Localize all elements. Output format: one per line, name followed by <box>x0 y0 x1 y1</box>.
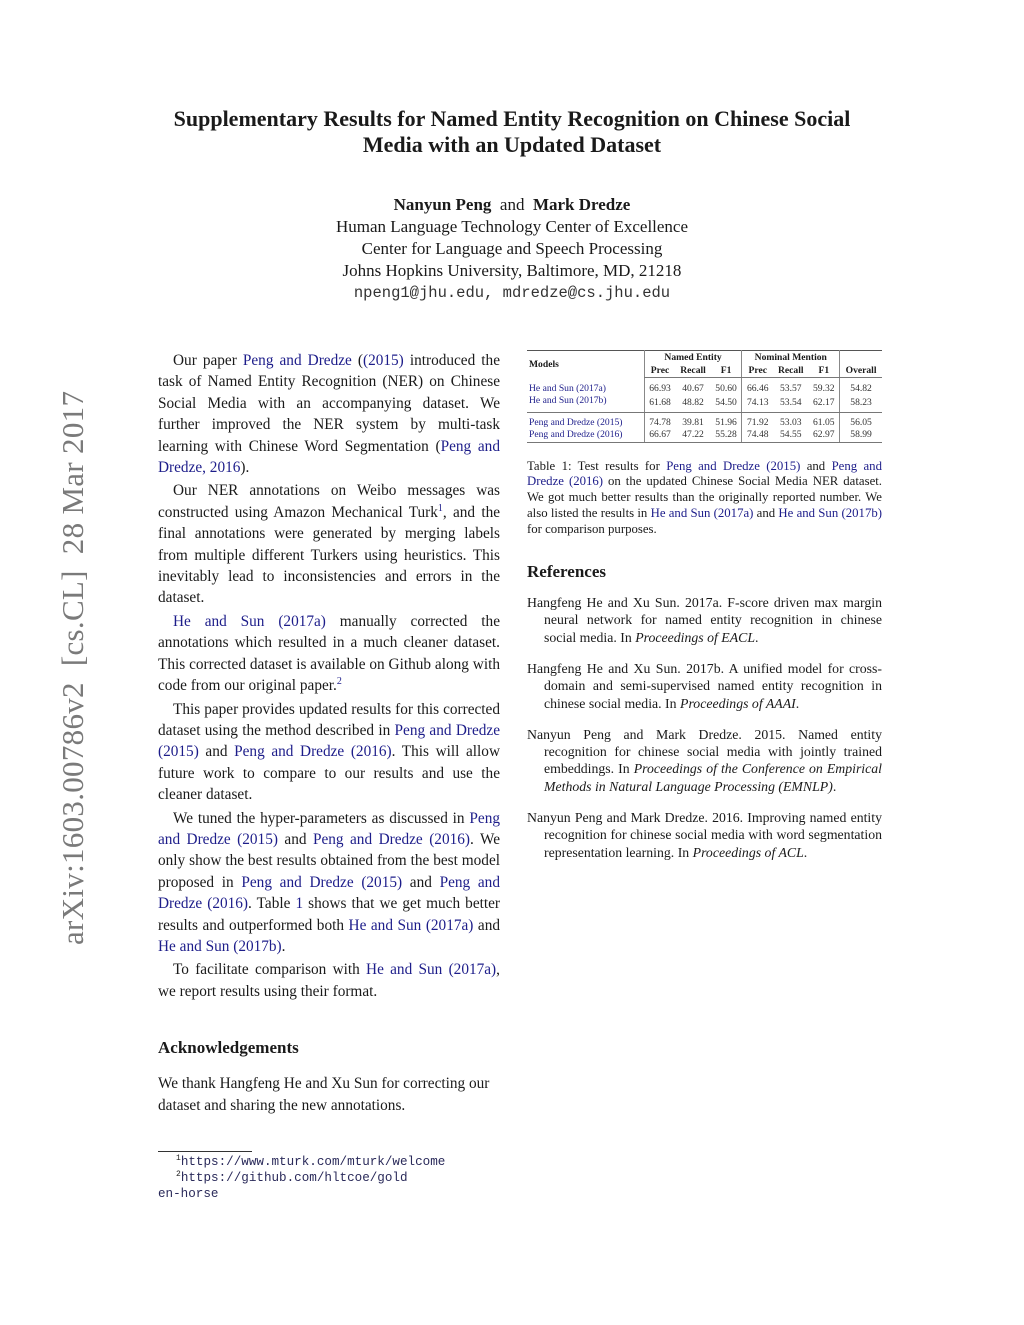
citation-year-link[interactable]: (2016) <box>429 831 470 848</box>
paragraph: To facilitate comparison with He and Sun… <box>158 959 500 1002</box>
cell: 55.28 <box>711 429 742 442</box>
citation-year-link[interactable]: (2015) <box>363 352 404 369</box>
col-header-blank <box>840 351 882 365</box>
citation-link[interactable]: Peng and Dredze <box>313 831 423 848</box>
text: ). <box>240 459 249 476</box>
citation-year-link[interactable]: (2015) <box>158 743 199 760</box>
citation-year-link[interactable]: (2017a) <box>449 961 497 978</box>
citation-year-link[interactable]: (2017b) <box>841 506 882 520</box>
model-name-link[interactable]: Peng and Dredze (2015) <box>527 412 644 429</box>
col-header-prec: Prec <box>742 364 773 378</box>
table-row: Peng and Dredze (2016) 66.67 47.22 55.28… <box>527 429 882 442</box>
author-name: Mark Dredze <box>533 195 630 214</box>
footnote-divider <box>158 1151 252 1152</box>
cell: 74.13 <box>742 395 773 412</box>
footnote-ref-link[interactable]: 2 <box>337 676 342 687</box>
citation-year-link[interactable]: (2015) <box>361 874 402 891</box>
text: Table 1: Test results for <box>527 459 666 473</box>
citation-link[interactable]: Peng and Dredze (2015) <box>666 459 800 473</box>
col-header-recall: Recall <box>675 364 710 378</box>
citation-link[interactable]: He and Sun <box>366 961 442 978</box>
table-ref-link[interactable]: 1 <box>295 895 303 912</box>
reference-entry: Nanyun Peng and Mark Dredze. 2016. Impro… <box>527 809 882 861</box>
cell: 61.05 <box>808 412 839 429</box>
cell: 54.55 <box>773 429 808 442</box>
paragraph: This paper provides updated results for … <box>158 699 500 806</box>
reference-entry: Hangfeng He and Xu Sun. 2017a. F-score d… <box>527 594 882 646</box>
author-conjunction: and <box>500 195 525 214</box>
cell: 53.54 <box>773 395 808 412</box>
paragraph: Our NER annotations on Weibo messages wa… <box>158 480 500 608</box>
citation-link[interactable]: Peng and Dredze <box>234 743 344 760</box>
paper-title: Supplementary Results for Named Entity R… <box>120 106 904 158</box>
citation-link[interactable]: He and Sun <box>349 917 422 934</box>
paragraph: We tuned the hyper-parameters as discuss… <box>158 808 500 958</box>
cell: 74.48 <box>742 429 773 442</box>
footnote: 1https://www.mturk.com/mturk/welcome <box>158 1154 503 1170</box>
cell: 74.78 <box>644 412 675 429</box>
text: for comparison purposes. <box>527 522 657 536</box>
cell: 40.67 <box>675 383 710 396</box>
cell: 51.96 <box>711 412 742 429</box>
venue: Proceedings of ACL <box>693 845 804 860</box>
col-group-named-entity: Named Entity <box>644 351 742 365</box>
author-list: Nanyun Peng and Mark Dredze <box>120 194 904 216</box>
text: and <box>473 917 500 934</box>
table-row: Peng and Dredze (2015) 74.78 39.81 51.96… <box>527 412 882 429</box>
cell: 61.68 <box>644 395 675 412</box>
affiliation: Human Language Technology Center of Exce… <box>120 216 904 238</box>
arxiv-date: 28 Mar 2017 <box>55 391 90 554</box>
footnote-url-link[interactable]: https://github.com/hltcoe/golden-horse <box>158 1171 408 1201</box>
citation-year-link[interactable]: (2016) <box>569 474 603 488</box>
cell: 56.05 <box>840 412 882 429</box>
col-header-overall: Overall <box>840 364 882 378</box>
cell: 54.50 <box>711 395 742 412</box>
citation-link[interactable]: He and Sun <box>778 506 838 520</box>
table-caption: Table 1: Test results for Peng and Dredz… <box>527 459 882 539</box>
model-name-link[interactable]: He and Sun (2017a) <box>527 383 644 396</box>
cell: 54.82 <box>840 383 882 396</box>
table-row: He and Sun (2017b) 61.68 48.82 54.50 74.… <box>527 395 882 412</box>
citation-link[interactable]: Peng and Dredze <box>243 352 352 369</box>
citation-year-link[interactable]: (2017a) <box>426 917 474 934</box>
venue: Proceedings of EACL <box>635 630 755 645</box>
arxiv-identifier-stamp: arXiv:1603.00786v2[cs.CL]28 Mar 2017 <box>55 375 91 945</box>
body-column-right: Models Named Entity Nominal Mention Prec… <box>527 350 882 875</box>
text: . Table <box>248 895 295 912</box>
affiliation: Johns Hopkins University, Baltimore, MD,… <box>120 260 904 282</box>
text: . <box>755 630 758 645</box>
citation-year-link[interactable]: (2017a) <box>278 613 326 630</box>
cell: 62.97 <box>808 429 839 442</box>
citation-link[interactable]: Peng and Dredze <box>395 722 500 739</box>
text: To facilitate comparison with <box>173 961 366 978</box>
cell: 66.93 <box>644 383 675 396</box>
cell: 66.67 <box>644 429 675 442</box>
text: . <box>796 696 799 711</box>
cell: 47.22 <box>675 429 710 442</box>
footnotes: 1https://www.mturk.com/mturk/welcome 2ht… <box>158 1154 503 1202</box>
paragraph: Our paper Peng and Dredze ((2015) introd… <box>158 350 500 478</box>
text: . <box>833 779 836 794</box>
title-line-1: Supplementary Results for Named Entity R… <box>174 106 851 131</box>
citation-link[interactable]: He and Sun <box>158 938 229 955</box>
cell: 53.03 <box>773 412 808 429</box>
text: and <box>753 506 778 520</box>
text: and <box>278 831 313 848</box>
cell: 58.99 <box>840 429 882 442</box>
cell: 66.46 <box>742 383 773 396</box>
arxiv-id: arXiv:1603.00786v2 <box>55 682 90 945</box>
reference-entry: Hangfeng He and Xu Sun. 2017b. A unified… <box>527 660 882 712</box>
col-header-f1: F1 <box>808 364 839 378</box>
col-header-prec: Prec <box>644 364 675 378</box>
paragraph: He and Sun (2017a) manually corrected th… <box>158 611 500 697</box>
citation-year-link[interactable]: (2016) <box>207 895 248 912</box>
col-header-recall: Recall <box>773 364 808 378</box>
paper-header: Supplementary Results for Named Entity R… <box>120 106 904 304</box>
results-table: Models Named Entity Nominal Mention Prec… <box>527 350 882 443</box>
cell: 58.23 <box>840 395 882 412</box>
acknowledgements-text: We thank Hangfeng He and Xu Sun for corr… <box>158 1073 503 1117</box>
citation-link[interactable]: Peng and Dredze <box>241 874 353 891</box>
affiliation: Center for Language and Speech Processin… <box>120 238 904 260</box>
cell: 53.57 <box>773 383 808 396</box>
cell: 39.81 <box>675 412 710 429</box>
table-row: He and Sun (2017a) 66.93 40.67 50.60 66.… <box>527 383 882 396</box>
col-group-nominal-mention: Nominal Mention <box>742 351 840 365</box>
author-name: Nanyun Peng <box>394 195 492 214</box>
citation-year-link[interactable]: (2017b) <box>233 938 281 955</box>
text: . <box>282 938 286 955</box>
cell: 62.17 <box>808 395 839 412</box>
author-emails: npeng1@jhu.edu, mdredze@cs.jhu.edu <box>120 282 904 304</box>
text: Our paper <box>173 352 243 369</box>
cell: 71.92 <box>742 412 773 429</box>
text: We tuned the hyper-parameters as discuss… <box>173 810 469 827</box>
references-heading: References <box>527 562 882 582</box>
body-column-left: Our paper Peng and Dredze ((2015) introd… <box>158 350 500 1002</box>
model-name-link[interactable]: Peng and Dredze (2016) <box>527 429 644 442</box>
reference-entry: Nanyun Peng and Mark Dredze. 2015. Named… <box>527 726 882 795</box>
venue: Proceedings of AAAI <box>680 696 796 711</box>
acknowledgements-heading: Acknowledgements <box>158 1038 299 1058</box>
cell: 50.60 <box>711 383 742 396</box>
citation-link[interactable]: He and Sun (2017a) <box>651 506 754 520</box>
text: and <box>199 743 234 760</box>
footnote-url-link[interactable]: https://www.mturk.com/mturk/welcome <box>181 1155 446 1169</box>
title-line-2: Media with an Updated Dataset <box>363 132 661 157</box>
citation-link[interactable]: He and Sun <box>173 613 264 630</box>
model-name-link[interactable]: He and Sun (2017b) <box>527 395 644 412</box>
col-header-models: Models <box>527 351 644 378</box>
citation-year-link[interactable]: (2016) <box>351 743 392 760</box>
text: and <box>402 874 439 891</box>
text: and <box>800 459 831 473</box>
cell: 59.32 <box>808 383 839 396</box>
cell: 48.82 <box>675 395 710 412</box>
arxiv-category: [cs.CL] <box>55 570 90 666</box>
text: . <box>804 845 807 860</box>
col-header-f1: F1 <box>711 364 742 378</box>
footnote: 2https://github.com/hltcoe/golden-horse <box>158 1170 408 1202</box>
